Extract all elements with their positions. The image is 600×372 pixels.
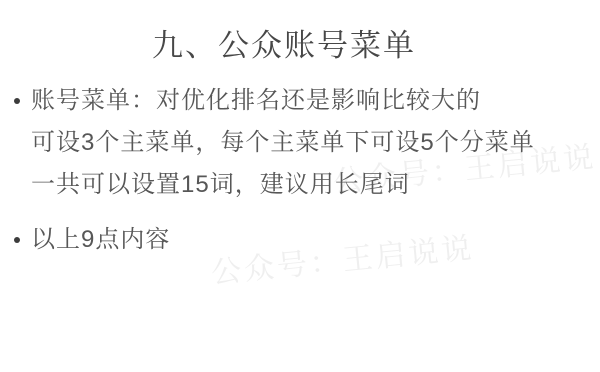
bullet-dot-icon — [14, 98, 20, 104]
bullet-line: 一共可以设置15词，建议用长尾词 — [31, 164, 535, 206]
bullet-text-block: 以上9点内容 — [31, 219, 170, 261]
bullet-dot-icon — [14, 237, 20, 243]
bullet-line: 以上9点内容 — [31, 219, 170, 261]
bullet-line: 可设3个主菜单，每个主菜单下可设5个分菜单 — [31, 122, 535, 164]
list-item: 以上9点内容 — [14, 219, 592, 261]
slide-canvas: 公众号：王启说说 公众号：王启说说 九、公众账号菜单 账号菜单：对优化排名还是影… — [0, 0, 600, 372]
list-item: 账号菜单：对优化排名还是影响比较大的 可设3个主菜单，每个主菜单下可设5个分菜单… — [14, 80, 592, 206]
page-title: 九、公众账号菜单 — [0, 20, 568, 65]
bullet-list: 账号菜单：对优化排名还是影响比较大的 可设3个主菜单，每个主菜单下可设5个分菜单… — [14, 80, 592, 274]
bullet-line: 账号菜单：对优化排名还是影响比较大的 — [31, 80, 535, 122]
bullet-text-block: 账号菜单：对优化排名还是影响比较大的 可设3个主菜单，每个主菜单下可设5个分菜单… — [31, 80, 535, 206]
